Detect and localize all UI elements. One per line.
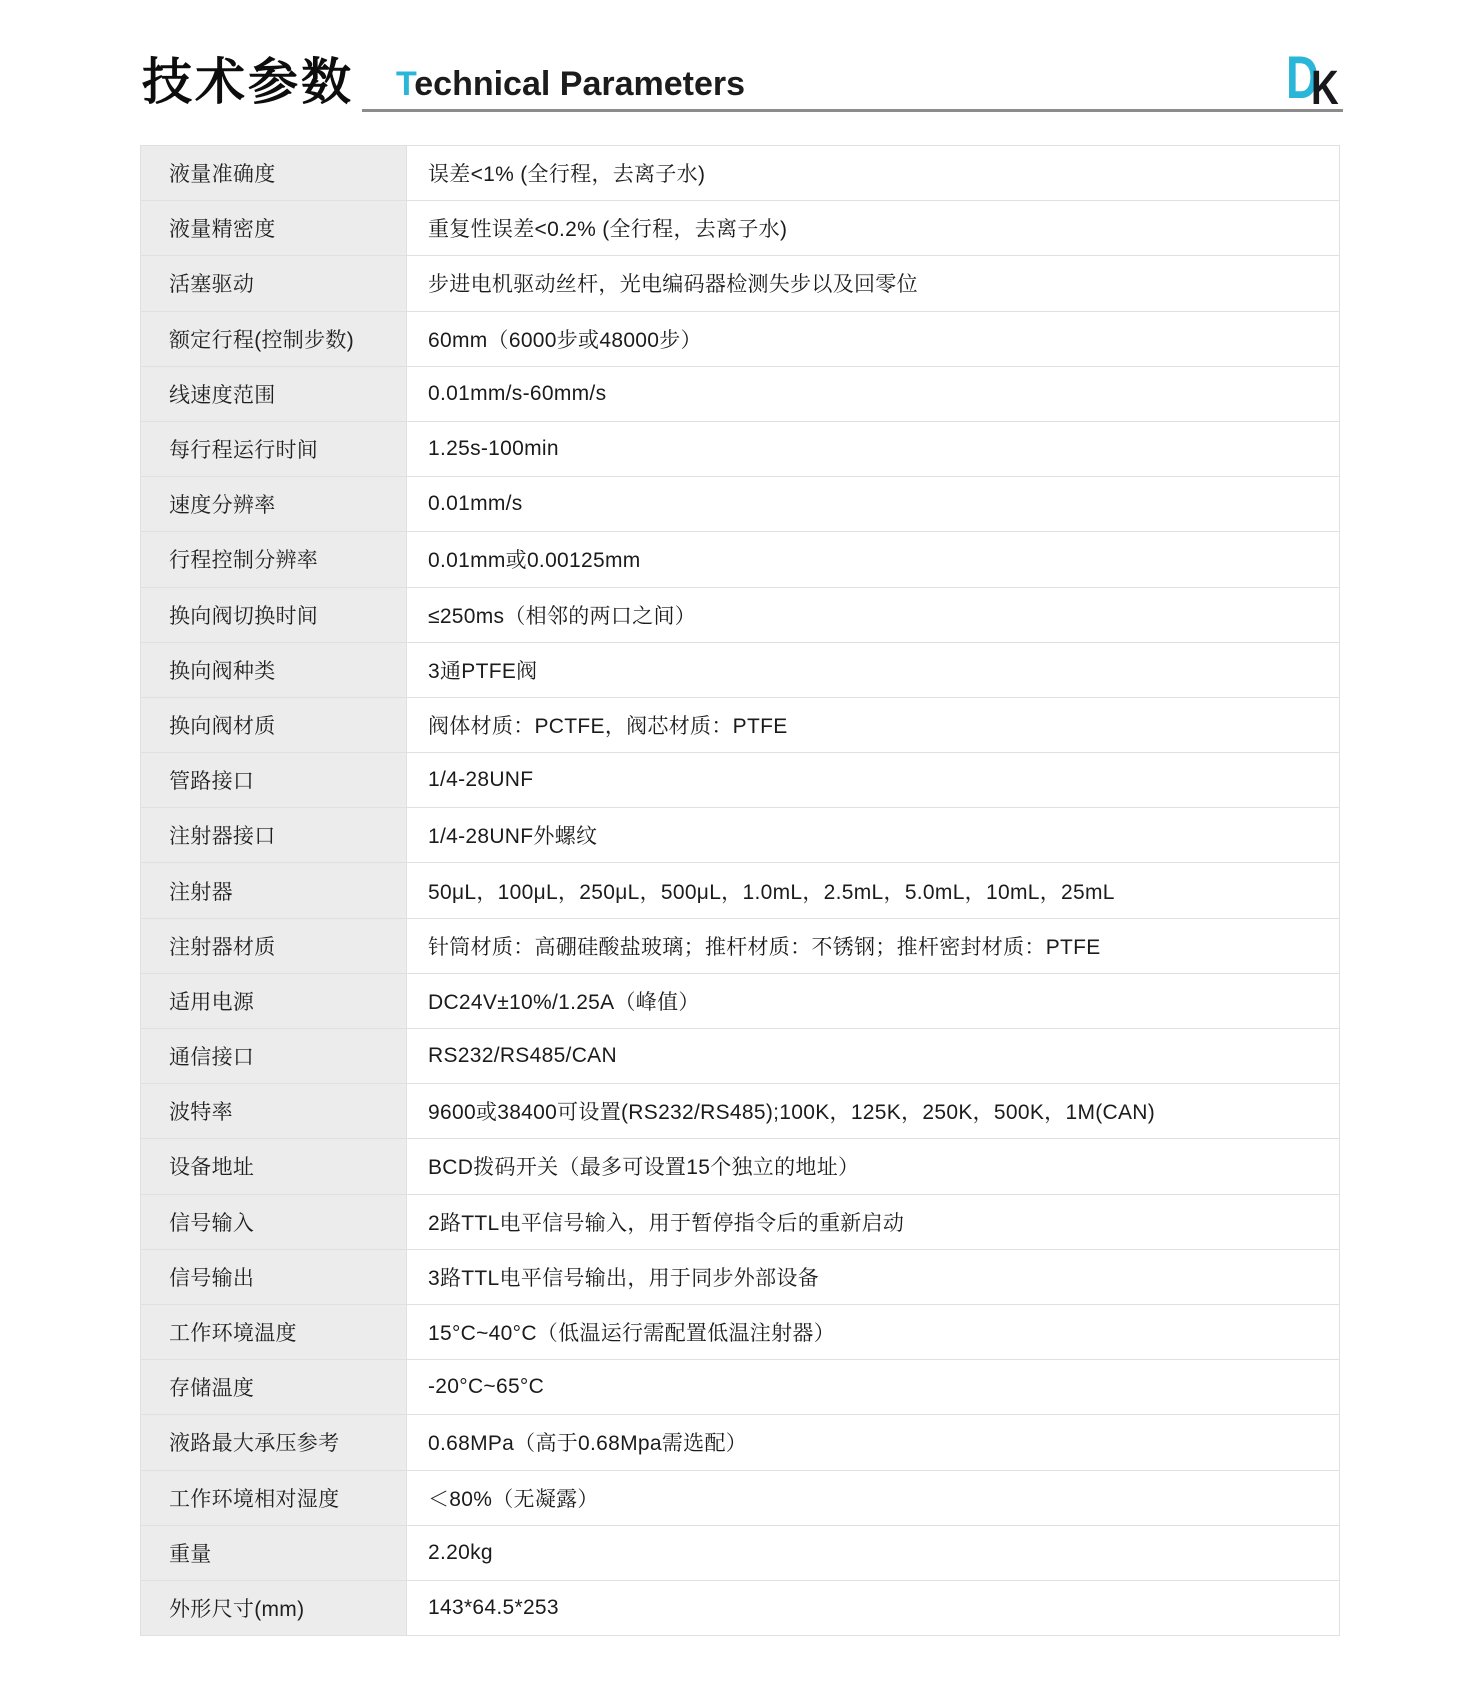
param-value: 2.20kg xyxy=(407,1526,1339,1580)
param-label: 存储温度 xyxy=(141,1360,407,1414)
table-row: 注射器接口 1/4-28UNF外螺纹 xyxy=(141,808,1339,863)
table-row: 换向阀材质 阀体材质：PCTFE，阀芯材质：PTFE xyxy=(141,698,1339,753)
param-value: 针筒材质：高硼硅酸盐玻璃；推杆材质：不锈钢；推杆密封材质：PTFE xyxy=(407,919,1339,973)
param-label: 液量精密度 xyxy=(141,201,407,255)
page-title-en: Technical Parameters xyxy=(396,66,745,103)
table-row: 线速度范围 0.01mm/s-60mm/s xyxy=(141,367,1339,422)
logo-letter-k: K xyxy=(1311,65,1339,113)
param-label: 液量准确度 xyxy=(141,146,407,200)
param-value: 2路TTL电平信号输入，用于暂停指令后的重新启动 xyxy=(407,1195,1339,1249)
param-label: 额定行程(控制步数) xyxy=(141,312,407,366)
table-row: 信号输入 2路TTL电平信号输入，用于暂停指令后的重新启动 xyxy=(141,1195,1339,1250)
param-label: 速度分辨率 xyxy=(141,477,407,531)
param-value: 0.01mm/s-60mm/s xyxy=(407,367,1339,421)
param-label: 液路最大承压参考 xyxy=(141,1415,407,1469)
param-value: 误差<1% (全行程，去离子水) xyxy=(407,146,1339,200)
param-label: 换向阀材质 xyxy=(141,698,407,752)
table-row: 注射器 50μL，100μL，250μL，500μL，1.0mL，2.5mL，5… xyxy=(141,863,1339,918)
param-label: 外形尺寸(mm) xyxy=(141,1581,407,1635)
param-value: -20°C~65°C xyxy=(407,1360,1339,1414)
param-label: 工作环境温度 xyxy=(141,1305,407,1359)
table-row: 换向阀种类 3通PTFE阀 xyxy=(141,643,1339,698)
header-underline xyxy=(362,109,1343,112)
param-value: RS232/RS485/CAN xyxy=(407,1029,1339,1083)
table-row: 存储温度 -20°C~65°C xyxy=(141,1360,1339,1415)
param-value: 0.68MPa（高于0.68Mpa需选配） xyxy=(407,1415,1339,1469)
page-title-cn: 技术参数 xyxy=(142,50,354,115)
param-label: 适用电源 xyxy=(141,974,407,1028)
param-label: 信号输入 xyxy=(141,1195,407,1249)
param-value: ＜80%（无凝露） xyxy=(407,1471,1339,1525)
table-row: 重量 2.20kg xyxy=(141,1526,1339,1581)
param-value: DC24V±10%/1.25A（峰值） xyxy=(407,974,1339,1028)
param-value: 3通PTFE阀 xyxy=(407,643,1339,697)
param-label: 活塞驱动 xyxy=(141,256,407,310)
title-en-rest: echnical Parameters xyxy=(414,65,745,103)
param-label: 信号输出 xyxy=(141,1250,407,1304)
param-value: 1/4-28UNF外螺纹 xyxy=(407,808,1339,862)
param-label: 注射器接口 xyxy=(141,808,407,862)
param-label: 线速度范围 xyxy=(141,367,407,421)
table-row: 注射器材质 针筒材质：高硼硅酸盐玻璃；推杆材质：不锈钢；推杆密封材质：PTFE xyxy=(141,919,1339,974)
param-value: 50μL，100μL，250μL，500μL，1.0mL，2.5mL，5.0mL… xyxy=(407,863,1339,917)
param-label: 注射器 xyxy=(141,863,407,917)
param-label: 管路接口 xyxy=(141,753,407,807)
table-row: 波特率 9600或38400可设置(RS232/RS485);100K，125K… xyxy=(141,1084,1339,1139)
param-label: 设备地址 xyxy=(141,1139,407,1193)
table-row: 管路接口 1/4-28UNF xyxy=(141,753,1339,808)
param-value: 0.01mm/s xyxy=(407,477,1339,531)
param-value: 重复性误差<0.2% (全行程，去离子水) xyxy=(407,201,1339,255)
param-value: 60mm（6000步或48000步） xyxy=(407,312,1339,366)
param-label: 换向阀种类 xyxy=(141,643,407,697)
param-value: 9600或38400可设置(RS232/RS485);100K，125K，250… xyxy=(407,1084,1339,1138)
table-row: 信号输出 3路TTL电平信号输出，用于同步外部设备 xyxy=(141,1250,1339,1305)
table-row: 液路最大承压参考 0.68MPa（高于0.68Mpa需选配） xyxy=(141,1415,1339,1470)
table-row: 工作环境温度 15°C~40°C（低温运行需配置低温注射器） xyxy=(141,1305,1339,1360)
param-label: 波特率 xyxy=(141,1084,407,1138)
param-label: 通信接口 xyxy=(141,1029,407,1083)
parameters-table: 液量准确度 误差<1% (全行程，去离子水) 液量精密度 重复性误差<0.2% … xyxy=(140,145,1340,1636)
table-row: 适用电源 DC24V±10%/1.25A（峰值） xyxy=(141,974,1339,1029)
param-value: 0.01mm或0.00125mm xyxy=(407,532,1339,586)
title-en-initial: T xyxy=(396,65,414,103)
table-row: 速度分辨率 0.01mm/s xyxy=(141,477,1339,532)
table-row: 活塞驱动 步进电机驱动丝杆，光电编码器检测失步以及回零位 xyxy=(141,256,1339,311)
param-value: 阀体材质：PCTFE，阀芯材质：PTFE xyxy=(407,698,1339,752)
param-label: 注射器材质 xyxy=(141,919,407,973)
param-label: 每行程运行时间 xyxy=(141,422,407,476)
param-label: 重量 xyxy=(141,1526,407,1580)
table-row: 通信接口 RS232/RS485/CAN xyxy=(141,1029,1339,1084)
spec-sheet-page: 技术参数 Technical Parameters D K 液量准确度 误差<1… xyxy=(0,0,1480,1696)
param-label: 换向阀切换时间 xyxy=(141,588,407,642)
param-value: ≤250ms（相邻的两口之间） xyxy=(407,588,1339,642)
table-row: 设备地址 BCD拨码开关（最多可设置15个独立的地址） xyxy=(141,1139,1339,1194)
param-value: 143*64.5*253 xyxy=(407,1581,1339,1635)
param-value: 3路TTL电平信号输出，用于同步外部设备 xyxy=(407,1250,1339,1304)
table-row: 液量精密度 重复性误差<0.2% (全行程，去离子水) xyxy=(141,201,1339,256)
table-row: 行程控制分辨率 0.01mm或0.00125mm xyxy=(141,532,1339,587)
table-row: 额定行程(控制步数) 60mm（6000步或48000步） xyxy=(141,312,1339,367)
param-value: 15°C~40°C（低温运行需配置低温注射器） xyxy=(407,1305,1339,1359)
table-row: 换向阀切换时间 ≤250ms（相邻的两口之间） xyxy=(141,588,1339,643)
param-value: 步进电机驱动丝杆，光电编码器检测失步以及回零位 xyxy=(407,256,1339,310)
table-row: 每行程运行时间 1.25s-100min xyxy=(141,422,1339,477)
table-row: 工作环境相对湿度 ＜80%（无凝露） xyxy=(141,1471,1339,1526)
table-row: 液量准确度 误差<1% (全行程，去离子水) xyxy=(141,146,1339,201)
param-label: 工作环境相对湿度 xyxy=(141,1471,407,1525)
table-row: 外形尺寸(mm) 143*64.5*253 xyxy=(141,1581,1339,1636)
param-value: 1.25s-100min xyxy=(407,422,1339,476)
param-value: BCD拨码开关（最多可设置15个独立的地址） xyxy=(407,1139,1339,1193)
param-value: 1/4-28UNF xyxy=(407,753,1339,807)
param-label: 行程控制分辨率 xyxy=(141,532,407,586)
